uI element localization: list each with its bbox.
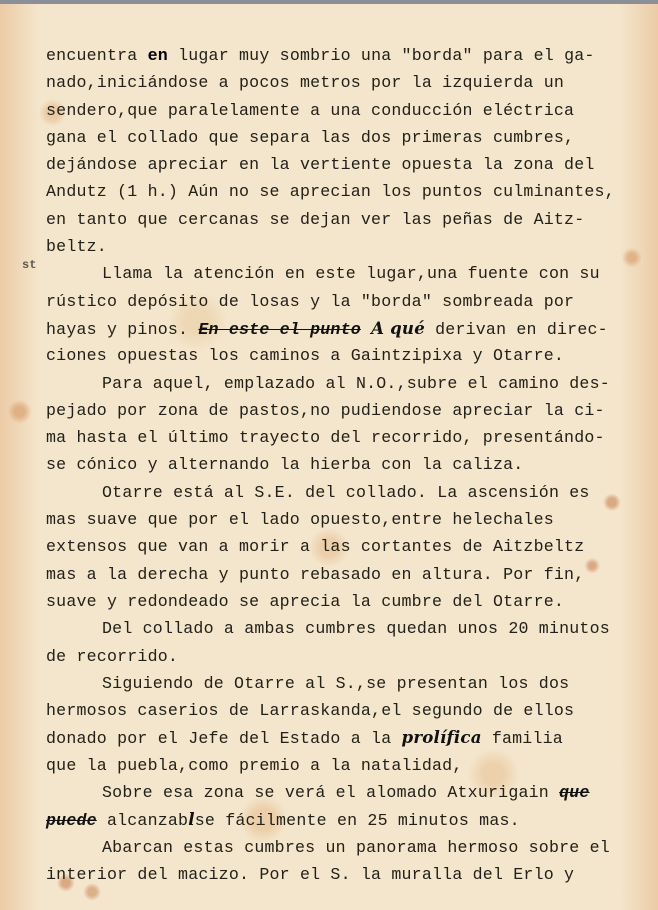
text-line: Abarcan estas cumbres un panorama hermos… (46, 834, 650, 861)
text-line: interior del macizo. Por el S. la murall… (46, 861, 650, 888)
text-line: Llama la atención en este lugar,una fuen… (46, 260, 650, 287)
typewritten-text: encuentra en lugar muy sombrio una "bord… (46, 42, 650, 888)
text-run (361, 320, 371, 339)
text-line: se cónico y alternando la hierba con la … (46, 451, 650, 478)
text-run: beltz. (46, 237, 107, 256)
text-run: dejándose apreciar en la vertiente opues… (46, 155, 595, 174)
text-line: Del collado a ambas cumbres quedan unos … (46, 615, 650, 642)
text-line: Andutz (1 h.) Aún no se aprecian los pun… (46, 178, 650, 205)
text-line: gana el collado que separa las dos prime… (46, 124, 650, 151)
text-run: sendero,que paralelamente a una conducci… (46, 101, 574, 120)
text-line: pejado por zona de pastos,no pudiendose … (46, 397, 650, 424)
text-line: ciones opuestas los caminos a Gaintzipix… (46, 342, 650, 369)
text-line: extensos que van a morir a las cortantes… (46, 533, 650, 560)
text-line: puede alcanzablse fácilmente en 25 minut… (46, 806, 650, 833)
text-run: suave y redondeado se aprecia la cumbre … (46, 592, 564, 611)
text-line: suave y redondeado se aprecia la cumbre … (46, 588, 650, 615)
text-run: Sobre esa zona se verá el alomado Atxuri… (102, 783, 559, 802)
text-run: gana el collado que separa las dos prime… (46, 128, 574, 147)
text-line: sendero,que paralelamente a una conducci… (46, 97, 650, 124)
text-line: dejándose apreciar en la vertiente opues… (46, 151, 650, 178)
text-run: Siguiendo de Otarre al S.,se presentan l… (102, 674, 569, 693)
text-line: Para aquel, emplazado al N.O.,subre el c… (46, 370, 650, 397)
text-run: pejado por zona de pastos,no pudiendose … (46, 401, 605, 420)
text-line: hayas y pinos. En este el punto A qué de… (46, 315, 650, 342)
text-run: Para aquel, emplazado al N.O.,subre el c… (102, 374, 610, 393)
text-run: mas a la derecha y punto rebasado en alt… (46, 565, 584, 584)
text-run: se cónico y alternando la hierba con la … (46, 455, 523, 474)
struck-text: puede (46, 811, 97, 830)
text-run: se fácilmente en 25 minutos mas. (195, 811, 520, 830)
text-run: hayas y pinos. (46, 320, 198, 339)
text-run: donado por el Jefe del Estado a la (46, 729, 402, 748)
text-line: beltz. (46, 233, 650, 260)
struck-text: que (559, 783, 589, 802)
text-line: rústico depósito de losas y la "borda" s… (46, 288, 650, 315)
text-line: en tanto que cercanas se dejan ver las p… (46, 206, 650, 233)
text-line: que la puebla,como premio a la natalidad… (46, 752, 650, 779)
handwritten-correction: A qué (371, 318, 425, 338)
text-line: donado por el Jefe del Estado a la prolí… (46, 724, 650, 751)
text-run: mas suave que por el lado opuesto,entre … (46, 510, 554, 529)
text-run: que la puebla,como premio a la natalidad… (46, 756, 462, 775)
document-page: st encuentra en lugar muy sombrio una "b… (0, 4, 658, 910)
text-run: de recorrido. (46, 647, 178, 666)
text-run: hermosos caserios de Larraskanda,el segu… (46, 701, 574, 720)
text-run: lugar muy sombrio una "borda" para el ga… (168, 46, 595, 65)
text-line: mas a la derecha y punto rebasado en alt… (46, 561, 650, 588)
text-line: encuentra en lugar muy sombrio una "bord… (46, 42, 650, 69)
struck-text: En este el punto (198, 320, 361, 339)
text-line: hermosos caserios de Larraskanda,el segu… (46, 697, 650, 724)
text-line: mas suave que por el lado opuesto,entre … (46, 506, 650, 533)
text-run: Otarre está al S.E. del collado. La asce… (102, 483, 590, 502)
text-run: familia (482, 729, 563, 748)
overtyped-text: en (148, 46, 168, 65)
text-run: rústico depósito de losas y la "borda" s… (46, 292, 574, 311)
text-run: Llama la atención en este lugar,una fuen… (102, 264, 600, 283)
text-line: ma hasta el último trayecto del recorrid… (46, 424, 650, 451)
text-line: de recorrido. (46, 643, 650, 670)
text-run: encuentra (46, 46, 148, 65)
handwritten-correction: prolífica (402, 727, 482, 747)
text-line: Siguiendo de Otarre al S.,se presentan l… (46, 670, 650, 697)
margin-mark: st (22, 258, 36, 272)
text-line: Otarre está al S.E. del collado. La asce… (46, 479, 650, 506)
text-line: Sobre esa zona se verá el alomado Atxuri… (46, 779, 650, 806)
text-run: extensos que van a morir a las cortantes… (46, 537, 584, 556)
text-run: Del collado a ambas cumbres quedan unos … (102, 619, 610, 638)
text-run: ciones opuestas los caminos a Gaintzipix… (46, 346, 564, 365)
text-run: Abarcan estas cumbres un panorama hermos… (102, 838, 610, 857)
text-run: ma hasta el último trayecto del recorrid… (46, 428, 605, 447)
text-run: Andutz (1 h.) Aún no se aprecian los pun… (46, 182, 615, 201)
text-run: en tanto que cercanas se dejan ver las p… (46, 210, 584, 229)
text-run: alcanzab (97, 811, 188, 830)
text-run: derivan en direc- (425, 320, 608, 339)
text-run: nado,iniciándose a pocos metros por la i… (46, 73, 564, 92)
text-line: nado,iniciándose a pocos metros por la i… (46, 69, 650, 96)
text-run: interior del macizo. Por el S. la murall… (46, 865, 574, 884)
